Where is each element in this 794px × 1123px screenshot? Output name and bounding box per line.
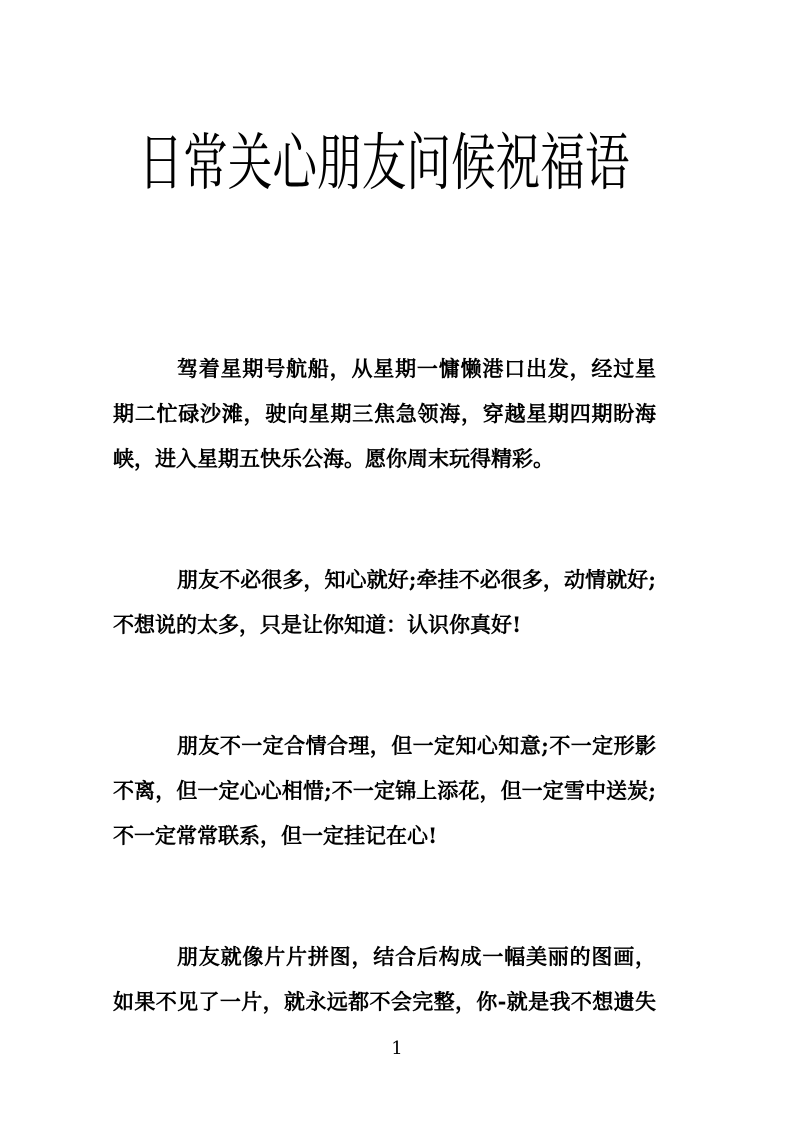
text-line: 期二忙碌沙滩，驶向星期三焦急领海，穿越星期四期盼海: [113, 391, 656, 436]
document-page: 日常关心朋友问候祝福语 驾着星期号航船，从星期一慵懒港口出发，经过星 期二忙碌沙…: [0, 0, 794, 1123]
text-line: 朋友不必很多，知心就好;牵挂不必很多，动情就好;: [113, 557, 656, 602]
text-line: 朋友就像片片拼图，结合后构成一幅美丽的图画，: [113, 934, 656, 979]
document-title: 日常关心朋友问候祝福语: [138, 132, 629, 194]
paragraph: 朋友不一定合情合理，但一定知心知意;不一定形影 不离，但一定心心相惜;不一定锦上…: [113, 723, 656, 858]
text-line: 朋友不一定合情合理，但一定知心知意;不一定形影: [113, 723, 656, 768]
text-line: 不想说的太多，只是让你知道：认识你真好!: [113, 602, 656, 647]
page-number: 1: [0, 1038, 794, 1060]
text-line: 如果不见了一片，就永远都不会完整，你-就是我不想遗失: [113, 979, 656, 1024]
paragraph: 朋友不必很多，知心就好;牵挂不必很多，动情就好; 不想说的太多，只是让你知道：认…: [113, 557, 656, 647]
text-line: 峡，进入星期五快乐公海。愿你周末玩得精彩。: [113, 436, 656, 481]
paragraph: 朋友就像片片拼图，结合后构成一幅美丽的图画， 如果不见了一片，就永远都不会完整，…: [113, 934, 656, 1024]
paragraph: 驾着星期号航船，从星期一慵懒港口出发，经过星 期二忙碌沙滩，驶向星期三焦急领海，…: [113, 346, 656, 481]
text-line: 驾着星期号航船，从星期一慵懒港口出发，经过星: [113, 346, 656, 391]
document-body: 驾着星期号航船，从星期一慵懒港口出发，经过星 期二忙碌沙滩，驶向星期三焦急领海，…: [113, 346, 656, 1100]
text-line: 不一定常常联系，但一定挂记在心!: [113, 813, 656, 858]
text-line: 不离，但一定心心相惜;不一定锦上添花，但一定雪中送炭;: [113, 768, 656, 813]
